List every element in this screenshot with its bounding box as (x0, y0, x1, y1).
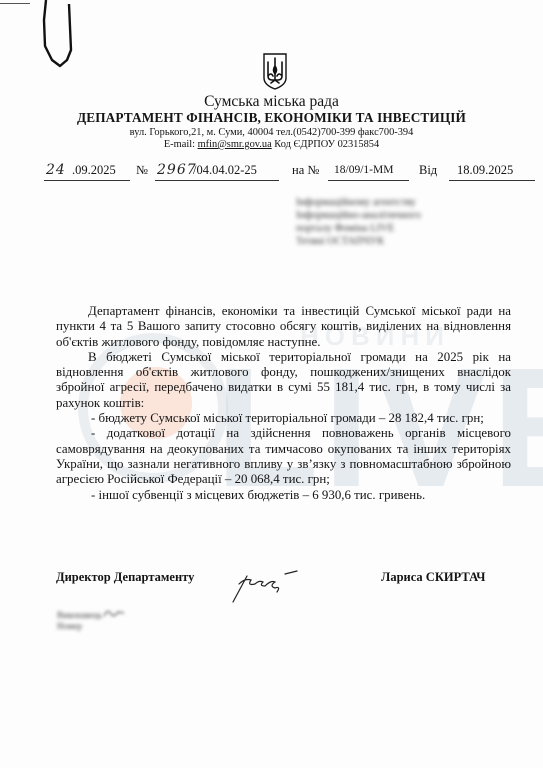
department-name: ДЕПАРТАМЕНТ ФІНАНСІВ, ЕКОНОМІКИ ТА ІНВЕС… (0, 110, 543, 126)
addressee-line: Тетяні ОСТАПЧУК (296, 235, 471, 248)
tryzub-coat-of-arms-icon (262, 52, 288, 90)
body-paragraph-intro: Департамент фінансів, економіки та інвес… (56, 304, 511, 350)
funding-item-city-budget: - бюджету Сумської міської територіально… (56, 411, 511, 426)
body-paragraph-budget: В бюджеті Сумської міської територіально… (56, 350, 511, 411)
reply-number-underline (328, 180, 409, 181)
addressee-line: Інформаційно-аналітичного (296, 209, 471, 222)
addressee-block-redacted: Інформаційному агентству Інформаційно-ан… (296, 196, 471, 248)
handwritten-signature-icon (225, 562, 310, 607)
paper-clip-mark-icon (0, 0, 80, 70)
from-date-underline (449, 180, 535, 181)
executor-initials-icon (102, 606, 127, 620)
reply-to-number: 18/09/1-ММ (334, 164, 393, 176)
signatory-name: Лариса СКИРТАЧ (381, 570, 485, 585)
outgoing-date-day: 24 (46, 162, 66, 178)
letter-body: Департамент фінансів, економіки та інвес… (56, 304, 511, 503)
signatory-title: Директор Департаменту (56, 570, 194, 585)
edrpou-code: Код ЄДРПОУ 02315854 (272, 139, 379, 150)
email-link[interactable]: mfin@smr.gov.ua (198, 139, 272, 150)
date-underline (44, 180, 130, 181)
addressee-line: порталу Фоміна LIVE (296, 222, 471, 235)
outgoing-date-rest: .09.2025 (72, 163, 116, 178)
contact-line: E-mail: mfin@smr.gov.ua Код ЄДРПОУ 02315… (0, 139, 543, 150)
reply-to-label: на № (292, 163, 319, 178)
outgoing-number-rest: /04.04.02-25 (193, 163, 257, 178)
outgoing-number-label: № (136, 163, 148, 178)
funding-item-additional-grant: - додаткової дотації на здійснення повно… (56, 426, 511, 487)
executor-line: Номер (57, 621, 117, 632)
council-name: Сумська міська рада (0, 93, 543, 111)
email-label: E-mail: (164, 139, 198, 150)
outgoing-number-handwritten: 2967 (157, 162, 197, 178)
from-date-label: Від (419, 163, 437, 178)
funding-item-other-subvention: - іншої субвенції з місцевих бюджетів – … (56, 488, 511, 503)
from-date: 18.09.2025 (457, 163, 513, 178)
department-address: вул. Горького,21, м. Суми, 40004 тел.(05… (0, 127, 543, 138)
letter-page: НОВИНИ LIVE Сумська міська рада ДЕПАРТАМ… (0, 0, 543, 768)
addressee-line: Інформаційному агентству (296, 196, 471, 209)
number-underline (155, 180, 279, 181)
reference-line: 24 .09.2025 № 2967 /04.04.02-25 на № 18/… (0, 163, 543, 183)
